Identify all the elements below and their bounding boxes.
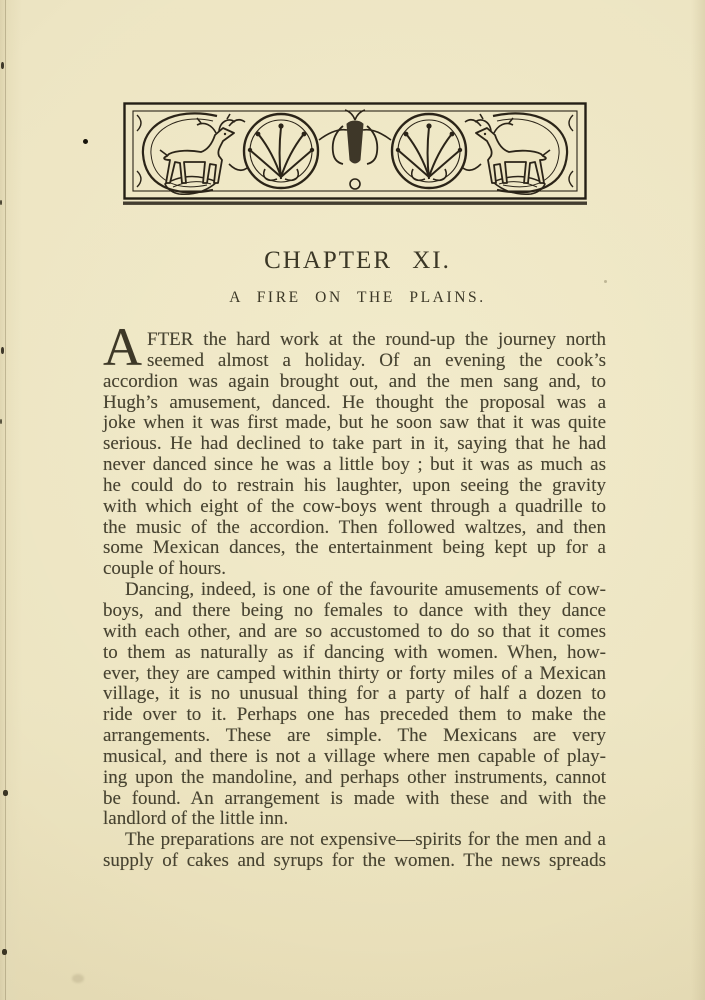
body-text-line: The preparations are not expensive—spiri…	[103, 830, 606, 851]
body-text-line: the music of the accordion. Then followe…	[103, 518, 606, 539]
body-text-line: couple of hours.	[103, 559, 606, 580]
body-text-line: boys, and there being no females to danc…	[103, 601, 606, 622]
body-text-line: landlord of the little inn.	[103, 809, 606, 830]
body-text-line: be found. An arrangement is made with th…	[103, 789, 606, 810]
body-text-line: Dancing, indeed, is one of the favourite…	[103, 580, 606, 601]
body-text-line: with each other, and are so accustomed t…	[103, 622, 606, 643]
body-text-line: seemed almost a holiday. Of an evening t…	[103, 351, 606, 372]
body-text-line: supply of cakes and syrups for the women…	[103, 851, 606, 872]
body-text-line: some Mexican dances, the entertainment b…	[103, 538, 606, 559]
binding-crease	[5, 0, 6, 1000]
body-text-line: ride over to it. Perhaps one has precede…	[103, 705, 606, 726]
paragraph: The preparations are not expensive—spiri…	[103, 830, 606, 872]
body-text-line: to them as naturally as if dancing with …	[103, 643, 606, 664]
binding-stitch-speck	[3, 790, 8, 796]
body-text-line: arrangements. These are simple. The Mexi…	[103, 726, 606, 747]
ink-dot	[83, 139, 88, 144]
body-text-line: ing upon the mandoline, and perhaps othe…	[103, 768, 606, 789]
paper-speck	[604, 280, 607, 283]
binding-stitch-speck	[0, 419, 2, 424]
chapter-title: CHAPTER XI.	[106, 248, 609, 274]
paragraph: Dancing, indeed, is one of the favourite…	[103, 580, 606, 830]
header-ornament-stag-scroll	[121, 100, 589, 208]
body-text-line: accordion was again brought out, and the…	[103, 372, 606, 393]
body-text-line: ever, they are camped within thirty or f…	[103, 664, 606, 685]
paper-smudge	[72, 974, 84, 983]
body-text-line: he could do to restrain his laughter, up…	[103, 476, 606, 497]
paragraph: A FTER the hard work at the round-up the…	[103, 330, 606, 580]
body-text-line: never danced since he was a little boy ;…	[103, 455, 606, 476]
body-text-line: serious. He had declined to take part in…	[103, 434, 606, 455]
body-text-line: musical, and there is not a village wher…	[103, 747, 606, 768]
binding-stitch-speck	[0, 200, 2, 205]
drop-cap: A	[103, 330, 147, 371]
body-text-line: joke when it was first made, but he soon…	[103, 413, 606, 434]
binding-stitch-speck	[1, 347, 4, 354]
body-text-line: village, it is no unusual thing for a pa…	[103, 684, 606, 705]
binding-stitch-speck	[2, 949, 7, 955]
body-text-line: FTER the hard work at the round-up the j…	[103, 330, 606, 351]
body-text-line: Hugh’s amusement, danced. He thought the…	[103, 393, 606, 414]
binding-stitch-speck	[1, 62, 4, 69]
body-text-line: with which eight of the cow-boys went th…	[103, 497, 606, 518]
book-page: CHAPTER XI. A FIRE ON THE PLAINS. A FTER…	[0, 0, 705, 1000]
section-title: A FIRE ON THE PLAINS.	[106, 290, 609, 306]
body-text: A FTER the hard work at the round-up the…	[103, 330, 606, 872]
